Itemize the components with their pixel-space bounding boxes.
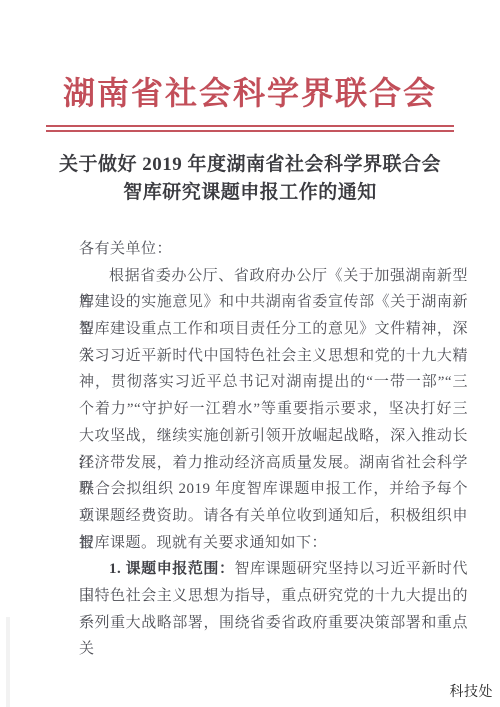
section-heading-label: 1. 课题申报范围：: [109, 561, 235, 577]
letterhead-double-rule: [46, 125, 454, 132]
body-line: 学习习近平新时代中国特色社会主义思想和党的十九大精: [79, 343, 468, 370]
scan-edge-artifact: [6, 617, 10, 707]
body-line: 神，贯彻落实习近平总书记对湖南提出的“一带一部”“三: [79, 369, 468, 396]
body-line: 智库课题。现就有关要求通知如下：: [79, 530, 468, 557]
scanned-notice-document: { "colors": { "header_red": "#c24e59", "…: [0, 0, 500, 707]
body-line: 个着力”“守护好一江碧水”等重要指示要求，坚决打好三: [79, 396, 468, 423]
letterhead-org-name: 湖南省社会科学界联合会: [0, 68, 500, 114]
salutation: 各有关单位：: [79, 236, 468, 263]
department-watermark-label: 科技处: [450, 681, 494, 701]
body-line: 经济带发展，着力推动经济高质量发展。湖南省社会科学界: [79, 450, 468, 477]
document-title-line1: 关于做好 2019 年度湖南省社会科学界联合会: [0, 151, 500, 179]
document-title-line2: 智库研究课题申报工作的通知: [0, 179, 500, 207]
body-line: 库建设的实施意见》和中共湖南省委宣传部《关于湖南新型: [79, 289, 468, 316]
document-title: 关于做好 2019 年度湖南省社会科学界联合会 智库研究课题申报工作的通知: [0, 151, 500, 207]
body-line: 智库建设重点工作和项目责任分工的意见》文件精神，深入: [79, 316, 468, 343]
body-line: 项课题经费资助。请各有关单位收到通知后，积极组织申报: [79, 503, 468, 530]
body-line: 大攻坚战，继续实施创新引领开放崛起战略，深入推动长江: [79, 423, 468, 450]
document-body: 各有关单位： 根据省委办公厅、省政府办公厅《关于加强湖南新型智 库建设的实施意见…: [79, 236, 468, 636]
body-line: 国特色社会主义思想为指导，重点研究党的十九大提出的一: [79, 583, 468, 610]
body-line: 根据省委办公厅、省政府办公厅《关于加强湖南新型智: [79, 263, 468, 290]
body-line: 1. 课题申报范围：智库课题研究坚持以习近平新时代中: [79, 556, 468, 583]
body-line: 联合会拟组织 2019 年度智库课题申报工作，并给予每个立: [79, 476, 468, 503]
body-line: 系列重大战略部署，围绕省委省政府重要决策部署和重点关: [79, 610, 468, 637]
